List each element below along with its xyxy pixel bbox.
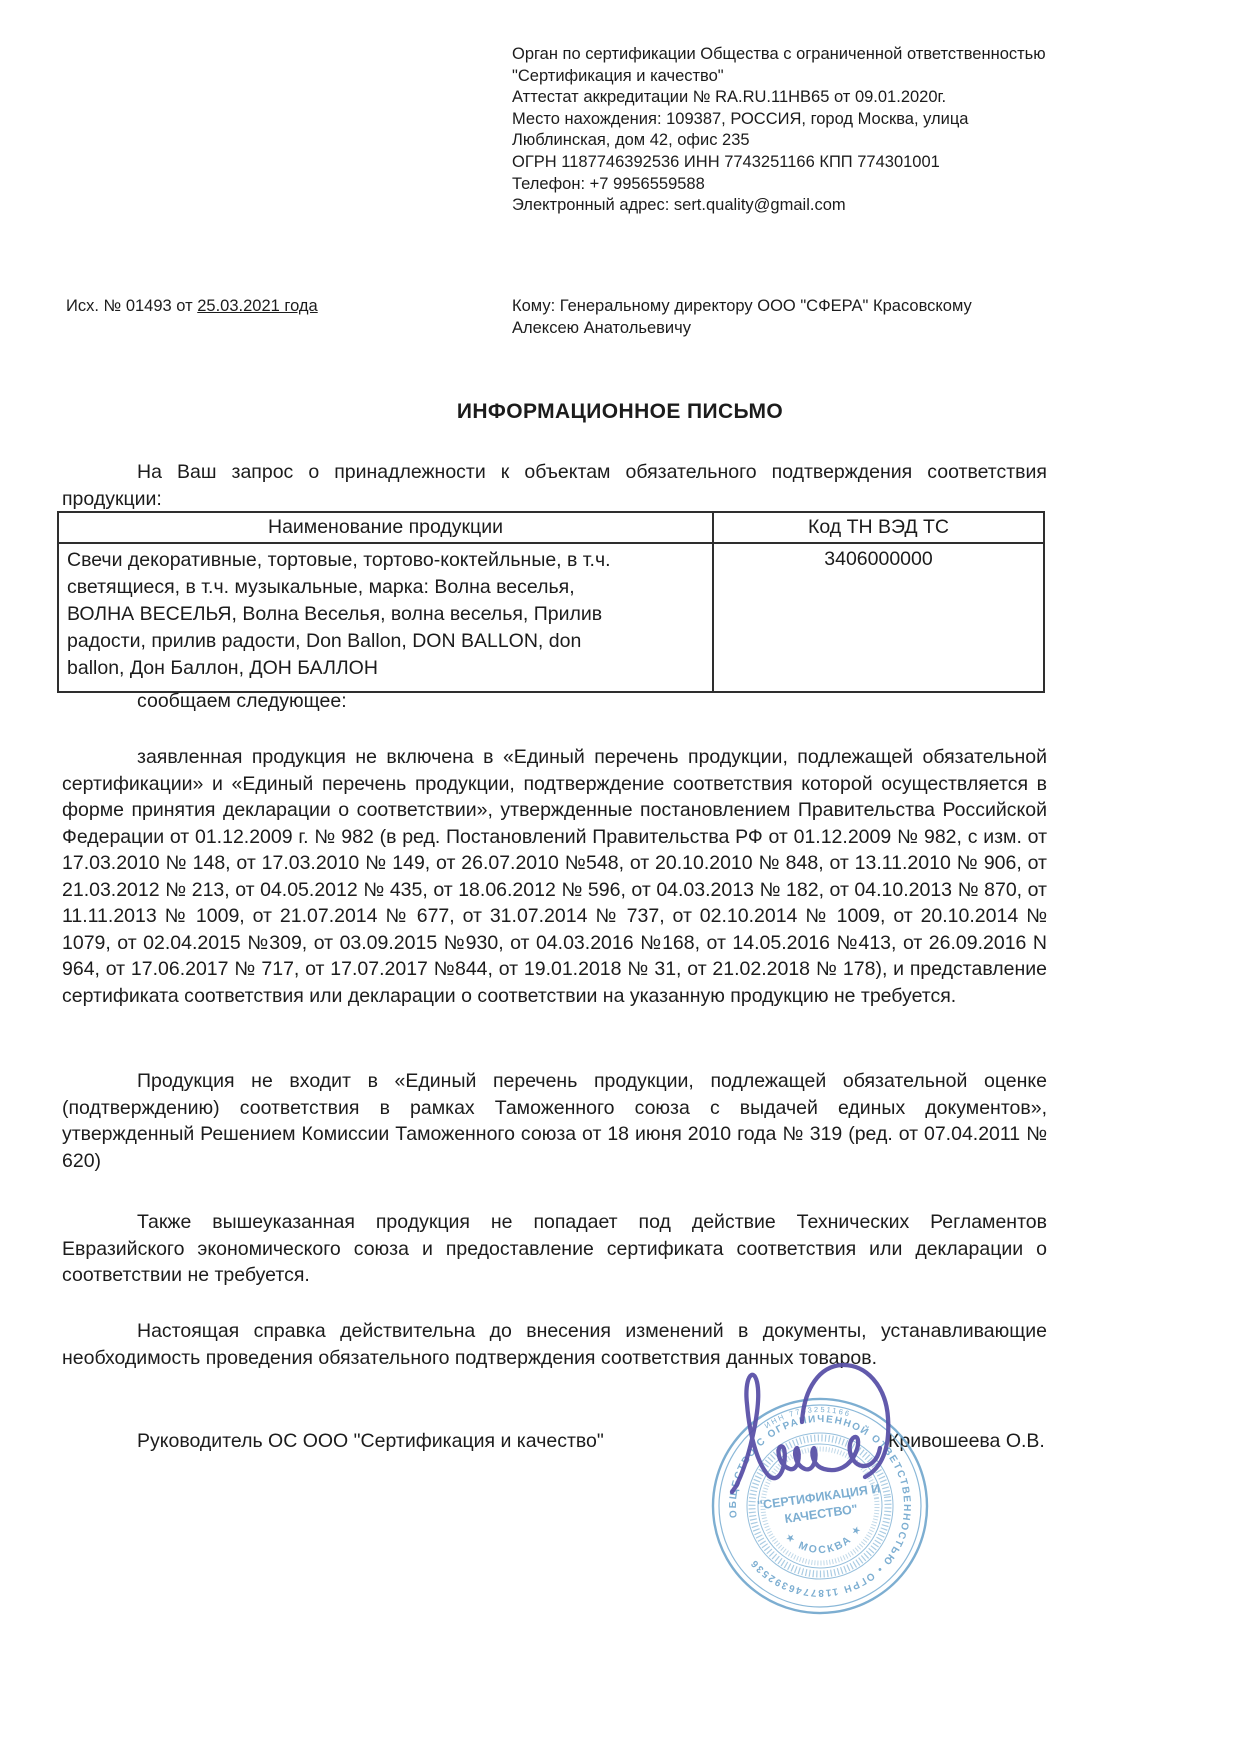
recipient-block: Кому: Генеральному директору ООО "СФЕРА"… bbox=[512, 295, 1057, 339]
letterhead: Орган по сертификации Общества с огранич… bbox=[512, 44, 1087, 217]
recipient-line: Алексею Анатольевичу bbox=[512, 317, 1057, 339]
letterhead-line: "Сертификация и качество" bbox=[512, 66, 1087, 88]
after-table-line: сообщаем следующее: bbox=[62, 688, 1047, 715]
stamp-moscow-arc: ★ МОСКВА ★ bbox=[782, 1520, 869, 1561]
letterhead-line: Электронный адрес: sert.quality@gmail.co… bbox=[512, 195, 1087, 217]
product-code-cell: 3406000000 bbox=[713, 543, 1044, 692]
table-row: Свечи декоративные, тортовые, тортово-ко… bbox=[58, 543, 1044, 692]
paragraph-technical-regulations: Также вышеуказанная продукция не попадае… bbox=[62, 1209, 1047, 1289]
handwritten-signature bbox=[702, 1352, 917, 1520]
ref-date: 25.03.2021 года bbox=[197, 297, 317, 315]
letterhead-line: Место нахождения: 109387, РОССИЯ, город … bbox=[512, 109, 1087, 131]
letterhead-line: Телефон: +7 9956559588 bbox=[512, 174, 1087, 196]
intro-paragraph: На Ваш запрос о принадлежности к объекта… bbox=[62, 459, 1047, 512]
product-name-cell: Свечи декоративные, тортовые, тортово-ко… bbox=[58, 543, 713, 692]
ref-prefix: Исх. № 01493 от bbox=[66, 297, 197, 315]
paragraph-certification-lists: заявленная продукция не включена в «Един… bbox=[62, 744, 1047, 1009]
table-header-row: Наименование продукции Код ТН ВЭД ТС bbox=[58, 512, 1044, 543]
letter-page: Орган по сертификации Общества с огранич… bbox=[0, 0, 1240, 1754]
product-table: Наименование продукции Код ТН ВЭД ТС Све… bbox=[57, 511, 1045, 693]
outgoing-ref-number: Исх. № 01493 от 25.03.2021 года bbox=[66, 297, 318, 316]
recipient-line: Кому: Генеральному директору ООО "СФЕРА"… bbox=[512, 295, 1057, 317]
signature-role: Руководитель ОС ООО "Сертификация и каче… bbox=[137, 1430, 604, 1453]
letterhead-line: Люблинская, дом 42, офис 235 bbox=[512, 130, 1087, 152]
letter-title: ИНФОРМАЦИОННОЕ ПИСЬМО bbox=[0, 400, 1240, 424]
signature-strokes bbox=[732, 1365, 888, 1492]
table-header-product-name: Наименование продукции bbox=[58, 512, 713, 543]
table-header-tnved-code: Код ТН ВЭД ТС bbox=[713, 512, 1044, 543]
paragraph-customs-union: Продукция не входит в «Единый перечень п… bbox=[62, 1068, 1047, 1174]
letterhead-line: ОГРН 1187746392536 ИНН 7743251166 КПП 77… bbox=[512, 152, 1087, 174]
letterhead-line: Аттестат аккредитации № RA.RU.11НВ65 от … bbox=[512, 87, 1087, 109]
letterhead-line: Орган по сертификации Общества с огранич… bbox=[512, 44, 1087, 66]
signature-svg bbox=[702, 1352, 917, 1520]
